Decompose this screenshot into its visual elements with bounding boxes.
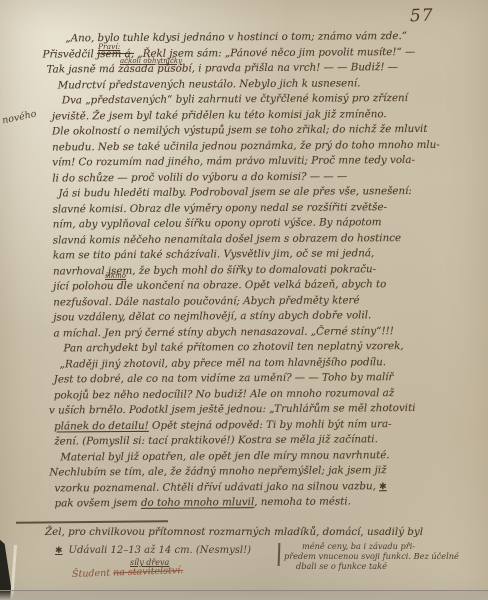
manuscript-text-block: „Ano, bylo tuhle kdysi jednáno v hostinc… [51,29,478,512]
footnote-left-line: ✱Udávali 12–13 až 14 cm. (Nesmysl!) [55,545,251,556]
footnote-divider [278,543,280,566]
manuscript-line: Přisvědčil jsem á, „Řekl jsem sám: „Páno… [42,44,475,63]
line-text: , nemoha to mésti. [254,495,351,508]
line-text: Opět stejná odpověd: Ti by mohli být ním… [149,418,392,432]
bottom-page-edge [0,590,488,600]
struck-text: jsem á, [97,47,134,59]
footnote-right-line: dbali se o funkce také [296,561,387,571]
margin-note: nového [1,109,37,127]
struck-text: na stavitelství. [113,565,184,578]
line-text: Přisvědčil [42,48,97,60]
footnote-marker: ✱ [379,482,387,492]
page-number: 57 [410,6,434,27]
footnote-marker: ✱ [55,546,63,556]
footnote-right-line: méně ceny, ba i závadu při- [302,541,415,551]
line-text: „Řekl jsem sám: „Pánové něco jim povolit… [134,45,415,59]
underlined-text: do toho mnoho mluvil [141,496,254,509]
line-text: vzorku poznamenal. Chtěli dříví udávati … [54,480,379,494]
manuscript-line: v uších brnělo. Podotkl jsem ještě jedno… [49,401,478,419]
footnote-text: Študent [72,568,113,580]
separator-rule [16,520,168,523]
postscript-line: Žel, pro chvilkovou přítomnost rozmarnýc… [45,526,423,538]
manuscript-line: pak ovšem jsem do toho mnoho mluvil, nem… [55,494,479,512]
footnote-left-line-red: Študent na stavitelství. [72,565,184,580]
manuscript-line: vím! Co rozumím nad jiného, mám právo ml… [52,153,476,171]
footnote-right-line: předem vnucenou svoji funkci. Bez účelné [284,551,459,561]
footnote-text: Udávali 12–13 až 14 cm. (Nesmysl!) [69,545,251,556]
line-text: pak ovšem jsem [55,497,141,510]
manuscript-page: 57 nového Praví: ačkoli obhytničky šikmo… [0,0,488,600]
underlined-text: plánek do detailu! [54,419,149,432]
